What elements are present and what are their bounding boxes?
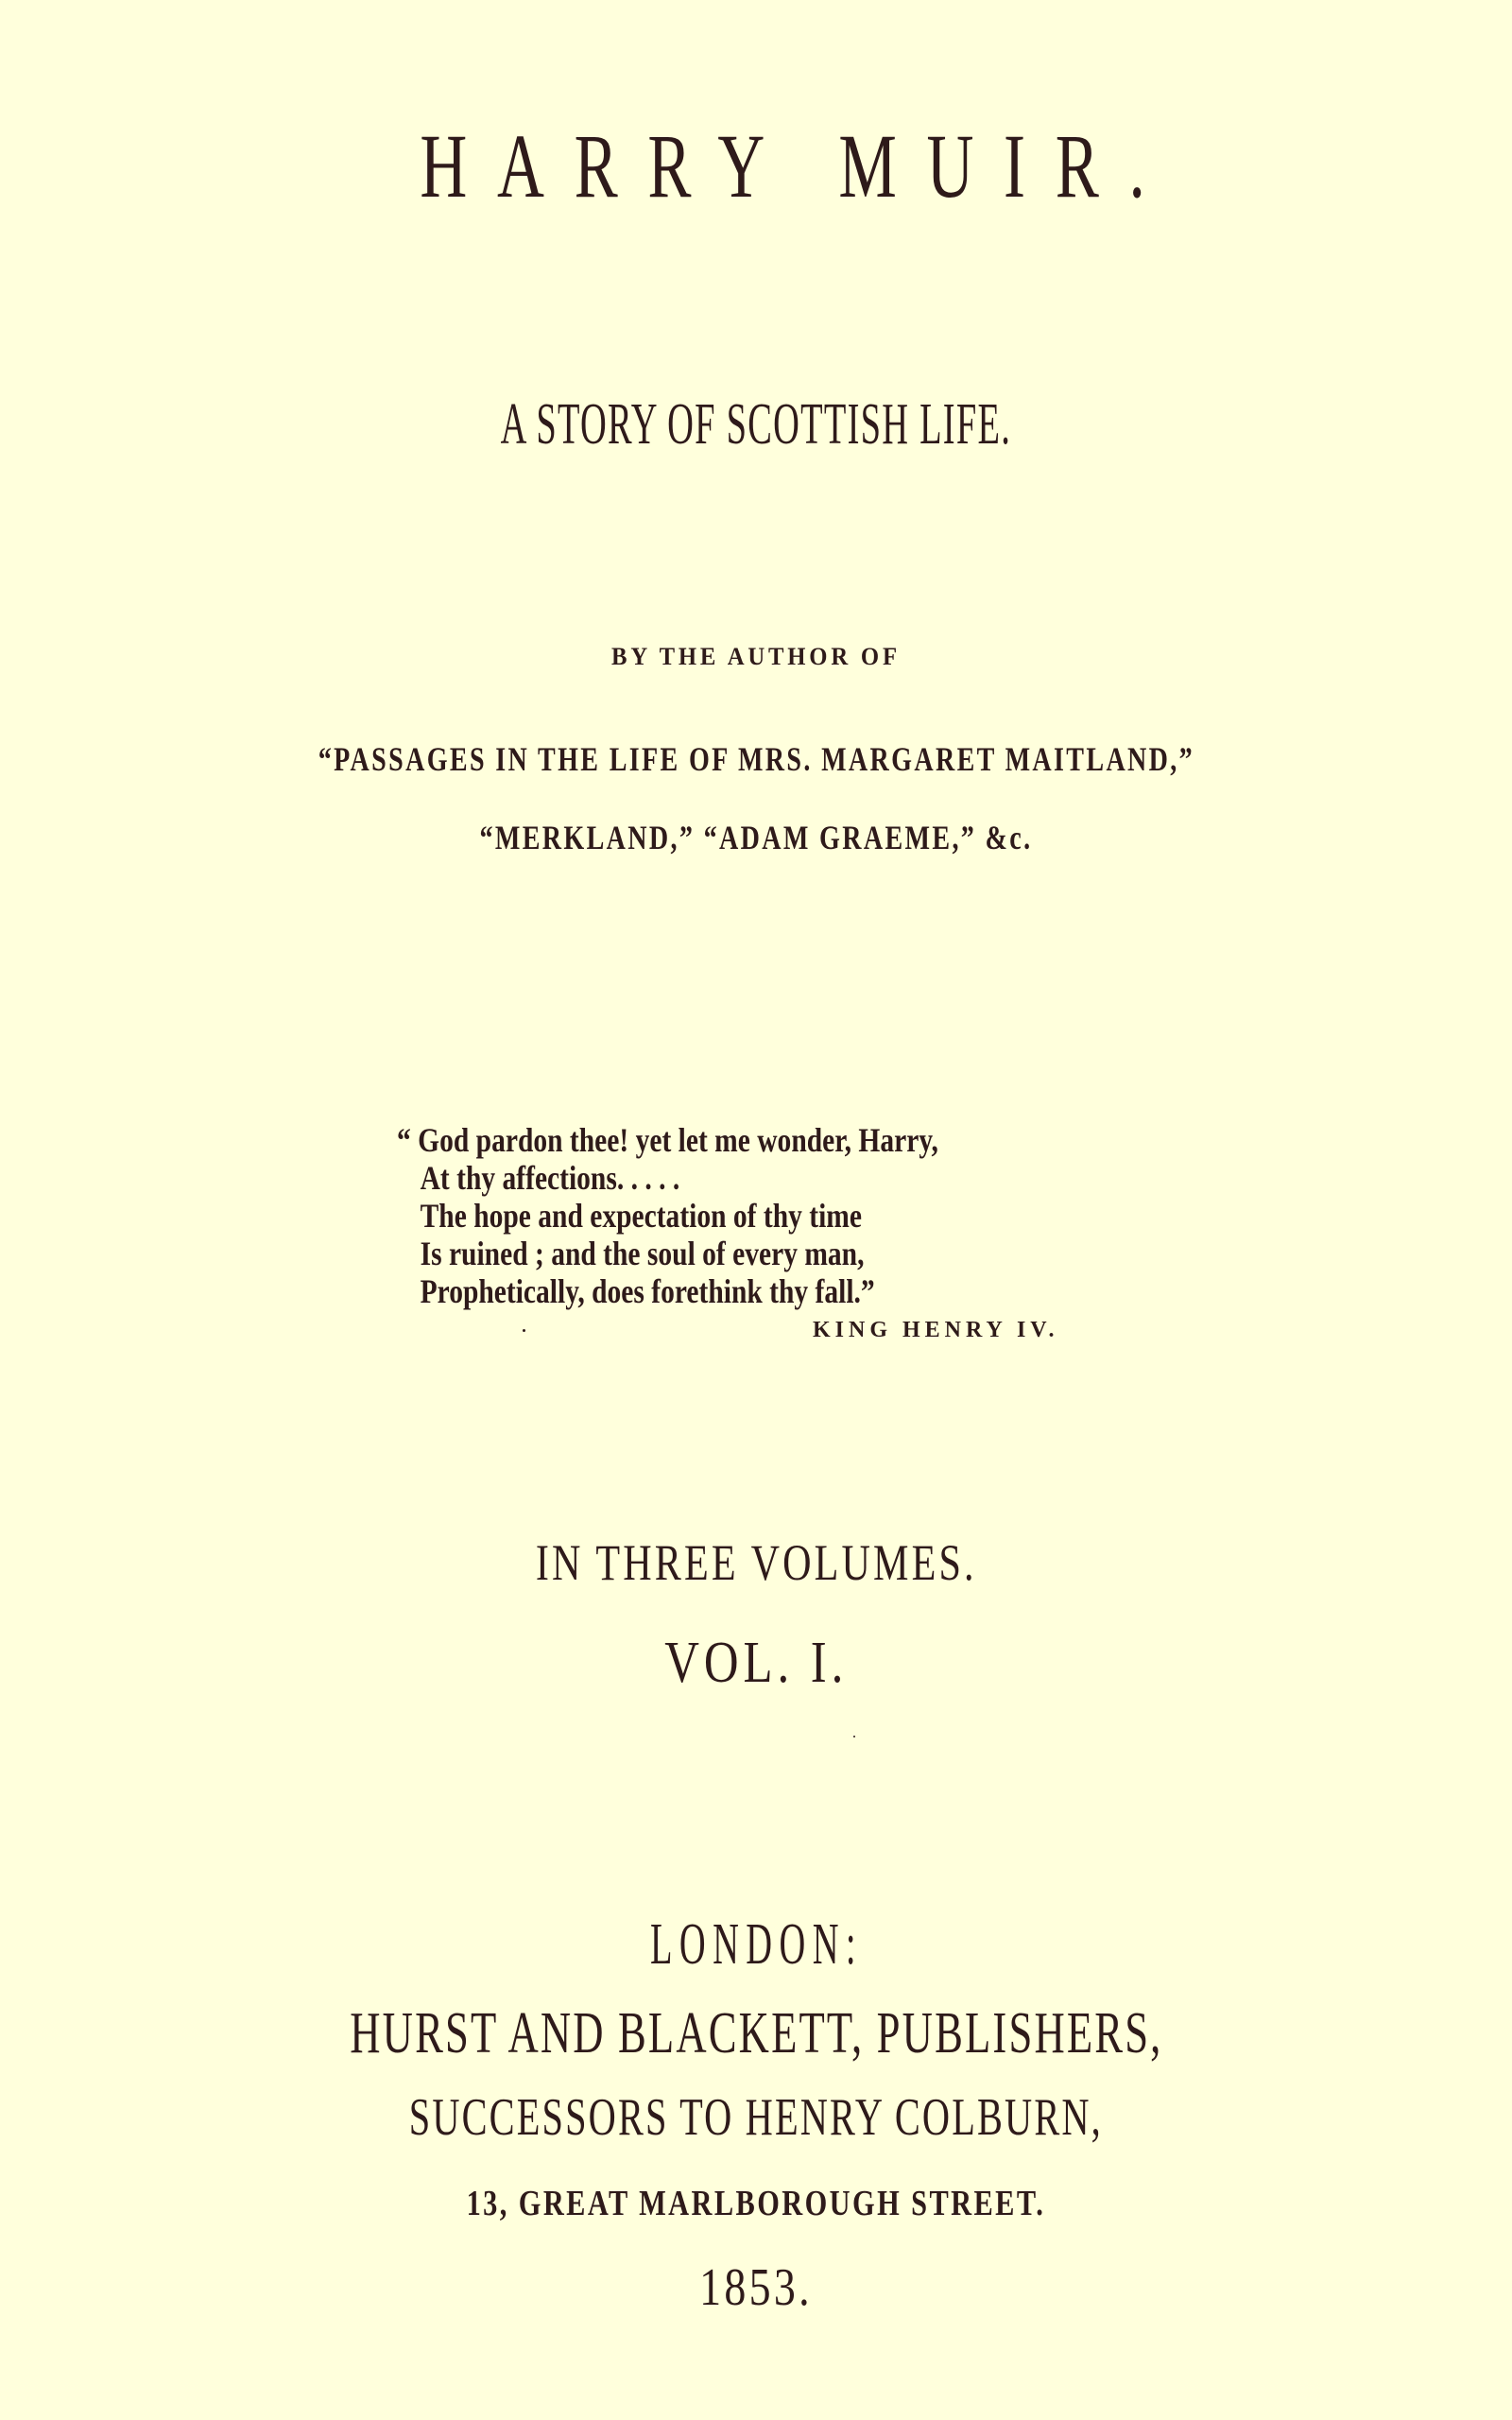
imprint-successors-text: SUCCESSORS TO HENRY COLBURN, bbox=[409, 2091, 1103, 2144]
epigraph-attribution: KING HENRY IV. bbox=[813, 1319, 1059, 1341]
imprint-year-text: 1853. bbox=[699, 2261, 813, 2314]
epigraph-line: At thy affections. . . . . bbox=[397, 1159, 954, 1197]
imprint-city-text: LONDON: bbox=[649, 1915, 862, 1974]
previous-works-line-2: “MERKLAND,” “ADAM GRAEME,” &c. bbox=[0, 821, 1512, 855]
epigraph-line: The hope and expectation of thy time bbox=[397, 1197, 954, 1235]
volume-statement: IN THREE VOLUMES. bbox=[0, 1537, 1512, 1588]
book-subtitle: A STORY OF SCOTTISH LIFE. bbox=[0, 395, 1512, 454]
imprint-publisher: HURST AND BLACKETT, PUBLISHERS, bbox=[0, 2004, 1512, 2063]
imprint-city: LONDON: bbox=[0, 1915, 1512, 1974]
volume-statement-text: IN THREE VOLUMES. bbox=[536, 1537, 977, 1588]
author-byline: BY THE AUTHOR OF bbox=[0, 645, 1512, 669]
epigraph-line: Prophetically, does forethink thy fall.” bbox=[397, 1272, 954, 1310]
book-title: HARRY MUIR. bbox=[0, 121, 1512, 212]
book-subtitle-text: A STORY OF SCOTTISH LIFE. bbox=[501, 395, 1011, 454]
previous-works-line-2-text: “MERKLAND,” “ADAM GRAEME,” &c. bbox=[480, 821, 1033, 855]
imprint-address-text: 13, GREAT MARLBOROUGH STREET. bbox=[467, 2186, 1046, 2221]
author-byline-text: BY THE AUTHOR OF bbox=[611, 645, 901, 669]
previous-works-line-1: “PASSAGES IN THE LIFE OF MRS. MARGARET M… bbox=[0, 742, 1512, 776]
volume-number-text: VOL. I. bbox=[664, 1633, 848, 1692]
volume-number: VOL. I. bbox=[0, 1633, 1512, 1692]
imprint-address: 13, GREAT MARLBOROUGH STREET. bbox=[0, 2186, 1512, 2221]
imprint-publisher-text: HURST AND BLACKETT, PUBLISHERS, bbox=[350, 2004, 1162, 2063]
epigraph-quote: “ God pardon thee! yet let me wonder, Ha… bbox=[397, 1121, 1077, 1310]
imprint-successors: SUCCESSORS TO HENRY COLBURN, bbox=[0, 2091, 1512, 2144]
ink-speck bbox=[523, 1329, 525, 1332]
epigraph-line: Is ruined ; and the soul of every man, bbox=[397, 1235, 954, 1272]
ink-speck bbox=[853, 1736, 855, 1737]
previous-works-line-1-text: “PASSAGES IN THE LIFE OF MRS. MARGARET M… bbox=[318, 742, 1194, 776]
epigraph-line: “ God pardon thee! yet let me wonder, Ha… bbox=[397, 1121, 954, 1159]
imprint-year: 1853. bbox=[0, 2261, 1512, 2314]
book-title-text: HARRY MUIR. bbox=[420, 121, 1175, 212]
